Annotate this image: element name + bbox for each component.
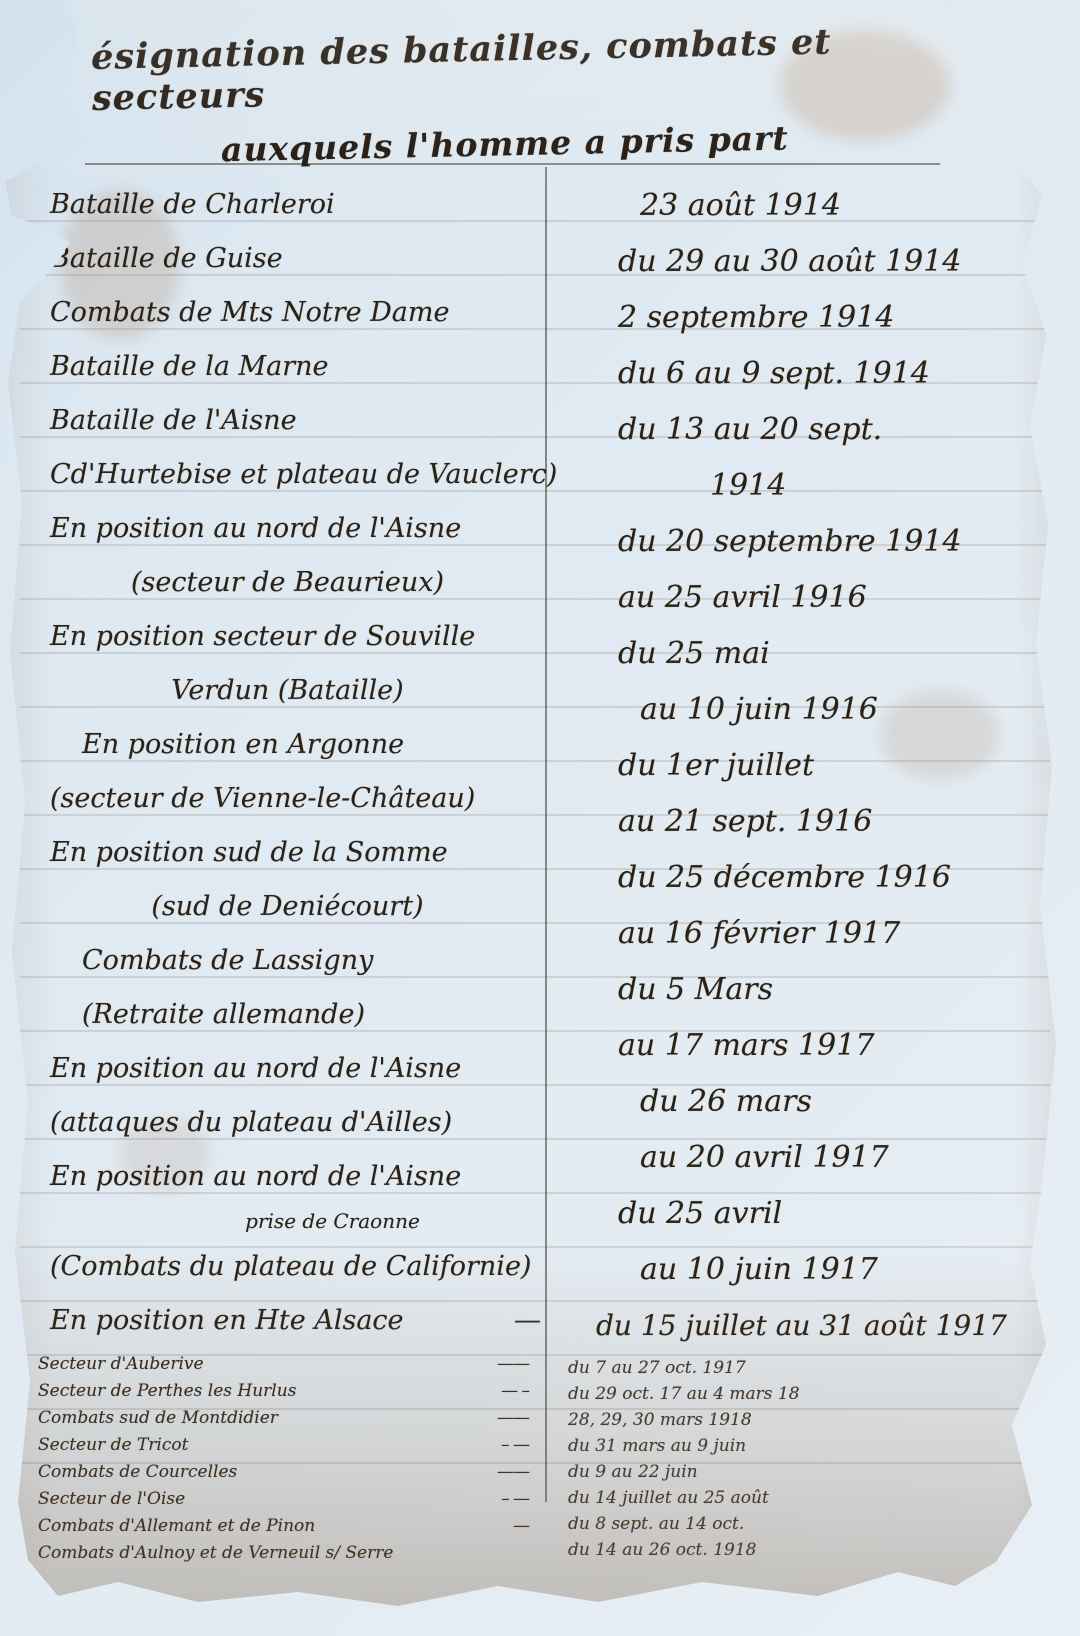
addendum-date-entry: du 8 sept. au 14 oct. <box>556 1512 1036 1538</box>
addendum-sector-text: Combats d'Allemant et de Pinon <box>38 1514 315 1541</box>
addendum-dates-column: du 7 au 27 oct. 1917 du 29 oct. 17 au 4 … <box>556 1356 1036 1564</box>
battle-entry: (secteur de Vienne-le-Château) <box>30 774 545 828</box>
date-entry: du 15 juillet au 31 août 1917 <box>560 1300 1040 1356</box>
date-entry: 23 août 1914 <box>560 180 1040 236</box>
date-entry: 2 septembre 1914 <box>560 292 1040 348</box>
battle-entry: Bataille de l'Aisne <box>30 396 545 450</box>
addendum-date-text: du 29 oct. 17 au 4 mars 18 <box>568 1384 800 1404</box>
addendum-date-entry: du 29 oct. 17 au 4 mars 18 <box>556 1382 1036 1408</box>
addendum-sector-text: Combats d'Aulnoy et de Verneuil s/ Serre <box>38 1541 393 1568</box>
addendum-date-entry: du 9 au 22 juin <box>556 1460 1036 1486</box>
addendum-sector-entry: Combats de Courcelles —— <box>38 1460 543 1487</box>
ditto-dash: —— <box>497 1406 529 1433</box>
date-entry: du 6 au 9 sept. 1914 <box>560 348 1040 404</box>
date-entry: du 20 septembre 1914 <box>560 516 1040 572</box>
battle-entry-text: En position au nord de l'Aisne <box>50 1053 461 1084</box>
battle-entry: (sud de Deniécourt) <box>30 882 545 936</box>
date-entry: du 29 au 30 août 1914 <box>560 236 1040 292</box>
date-entry-text: au 10 juin 1917 <box>640 1252 878 1287</box>
date-entry: du 1er juillet <box>560 740 1040 796</box>
battle-entry-text: Bataille de l'Aisne <box>50 405 297 436</box>
date-entry: au 16 février 1917 <box>560 908 1040 964</box>
battle-entry: prise de Craonne <box>30 1206 545 1242</box>
addendum-date-text: 28, 29, 30 mars 1918 <box>568 1410 752 1430</box>
date-entry-text: 2 septembre 1914 <box>618 300 894 335</box>
battle-entry: Cd'Hurtebise et plateau de Vauclerc) <box>30 450 545 504</box>
date-entry: au 25 avril 1916 <box>560 572 1040 628</box>
date-entry: au 20 avril 1917 <box>560 1132 1040 1188</box>
addendum-date-text: du 14 au 26 oct. 1918 <box>568 1540 756 1560</box>
battle-entry: Combats de Lassigny <box>30 936 545 990</box>
battle-entry-text: (secteur de Beaurieux) <box>131 567 444 598</box>
date-entry-text: du 20 septembre 1914 <box>618 524 962 559</box>
date-entry-text: au 10 juin 1916 <box>640 692 878 727</box>
date-entry-text: du 25 mai <box>618 636 770 671</box>
date-entry-text: du 25 décembre 1916 <box>618 860 951 895</box>
addendum-date-text: du 14 juillet au 25 août <box>568 1488 769 1508</box>
battle-entry: (Combats du plateau de Californie) <box>30 1242 545 1296</box>
addendum-sector-entry: Combats d'Allemant et de Pinon — <box>38 1514 543 1541</box>
date-entry-text: au 17 mars 1917 <box>618 1028 874 1063</box>
date-entry-text: au 20 avril 1917 <box>640 1140 889 1175</box>
date-entry-text: du 29 au 30 août 1914 <box>618 244 961 279</box>
battle-entry-text: En position au nord de l'Aisne <box>50 513 461 544</box>
date-entry-text: 1914 <box>710 468 786 503</box>
date-entry-text: du 13 au 20 sept. <box>618 412 882 447</box>
ditto-dash: – — <box>501 1433 529 1460</box>
battle-entry: (Retraite allemande) <box>30 990 545 1044</box>
date-entry: du 25 décembre 1916 <box>560 852 1040 908</box>
battle-entry-text: En position au nord de l'Aisne <box>50 1161 461 1192</box>
battle-entry: (attaques du plateau d'Ailles) <box>30 1098 545 1152</box>
addendum-sector-entry: Combats sud de Montdidier —— <box>38 1406 543 1433</box>
battle-entry-text: prise de Craonne <box>245 1209 420 1233</box>
addendum-date-entry: du 14 juillet au 25 août <box>556 1486 1036 1512</box>
battle-entry-text: Cd'Hurtebise et plateau de Vauclerc) <box>50 459 557 490</box>
battle-entry-text: Combats de Lassigny <box>82 945 373 976</box>
addendum-sector-entry: Secteur de Perthes les Hurlus — – <box>38 1379 543 1406</box>
date-entry-text: du 26 mars <box>640 1084 812 1119</box>
addendum-date-entry: du 7 au 27 oct. 1917 <box>556 1356 1036 1382</box>
battle-entry: En position sud de la Somme <box>30 828 545 882</box>
addendum-sector-entry: Combats d'Aulnoy et de Verneuil s/ Serre <box>38 1541 543 1568</box>
date-entry: du 26 mars <box>560 1076 1040 1132</box>
addendum-sector-entry: Secteur de Tricot – — <box>38 1433 543 1460</box>
addendum-sector-entry: Secteur de l'Oise – — <box>38 1487 543 1514</box>
battle-entry: Verdun (Bataille) <box>30 666 545 720</box>
battle-entry-text: Verdun (Bataille) <box>171 675 403 706</box>
battle-entry: En position au nord de l'Aisne <box>30 504 545 558</box>
addendum-sectors-column: Secteur d'Auberive —— Secteur de Perthes… <box>38 1352 543 1568</box>
addendum-date-entry: du 14 au 26 oct. 1918 <box>556 1538 1036 1564</box>
battle-entry-text: Bataille de Charleroi <box>50 189 335 220</box>
battle-entry-text: Bataille de Guise <box>50 243 283 274</box>
battle-entry: (secteur de Beaurieux) <box>30 558 545 612</box>
battles-column: Bataille de Charleroi Bataille de Guise … <box>30 180 545 1350</box>
addendum-sector-text: Combats sud de Montdidier <box>38 1406 278 1433</box>
date-entry-text: du 15 juillet au 31 août 1917 <box>596 1309 1007 1342</box>
battle-entry: En position secteur de Souville <box>30 612 545 666</box>
battle-entry-text: En position en Argonne <box>82 729 404 760</box>
date-entry-text: du 6 au 9 sept. 1914 <box>618 356 930 391</box>
addendum-sector-text: Combats de Courcelles <box>38 1460 237 1487</box>
ditto-dash: — – <box>501 1379 529 1406</box>
addendum-date-text: du 31 mars au 9 juin <box>568 1436 746 1456</box>
battle-entry: Combats de Mts Notre Dame <box>30 288 545 342</box>
date-entry: au 10 juin 1917 <box>560 1244 1040 1300</box>
battle-entry: Bataille de la Marne <box>30 342 545 396</box>
addendum-sector-entry: Secteur d'Auberive —— <box>38 1352 543 1379</box>
dates-column: 23 août 1914 du 29 au 30 août 1914 2 sep… <box>560 180 1040 1356</box>
addendum-date-text: du 7 au 27 oct. 1917 <box>568 1358 746 1378</box>
date-entry-text: du 5 Mars <box>618 972 773 1007</box>
battle-entry-text: En position secteur de Souville <box>50 621 475 652</box>
date-entry: du 25 mai <box>560 628 1040 684</box>
date-entry-text: au 16 février 1917 <box>618 916 900 951</box>
battle-entry: Bataille de Charleroi <box>30 180 545 234</box>
date-entry-text: du 1er juillet <box>618 748 814 783</box>
date-entry: du 13 au 20 sept. <box>560 404 1040 460</box>
battle-entry-text: Bataille de la Marne <box>50 351 329 382</box>
battle-entry: — En position en Hte Alsace <box>30 1296 545 1350</box>
date-entry-text: au 21 sept. 1916 <box>618 804 872 839</box>
battle-entry-text: En position sud de la Somme <box>50 837 448 868</box>
document-page: ésignation des batailles, combats et sec… <box>0 0 1080 1636</box>
battle-entry: En position en Argonne <box>30 720 545 774</box>
addendum-sector-text: Secteur de Perthes les Hurlus <box>38 1379 296 1406</box>
date-entry: du 5 Mars <box>560 964 1040 1020</box>
addendum-date-entry: 28, 29, 30 mars 1918 <box>556 1408 1036 1434</box>
battle-entry: En position au nord de l'Aisne <box>30 1152 545 1206</box>
date-entry: au 21 sept. 1916 <box>560 796 1040 852</box>
ditto-dash: — <box>514 1296 539 1346</box>
addendum-sector-text: Secteur de Tricot <box>38 1433 188 1460</box>
photo-background: ésignation des batailles, combats et sec… <box>0 0 1080 1636</box>
battle-entry: Bataille de Guise <box>30 234 545 288</box>
addendum-date-text: du 8 sept. au 14 oct. <box>568 1514 744 1534</box>
date-entry-text: du 25 avril <box>618 1196 782 1231</box>
date-entry: du 25 avril <box>560 1188 1040 1244</box>
addendum-sector-text: Secteur d'Auberive <box>38 1352 204 1379</box>
ditto-dash: – — <box>501 1487 529 1514</box>
battle-entry-text: (attaques du plateau d'Ailles) <box>50 1107 452 1138</box>
battle-entry-text: (Retraite allemande) <box>82 999 365 1030</box>
addendum-date-text: du 9 au 22 juin <box>568 1462 698 1482</box>
date-entry-text: au 25 avril 1916 <box>618 580 867 615</box>
date-entry: au 17 mars 1917 <box>560 1020 1040 1076</box>
battle-entry-text: En position en Hte Alsace <box>50 1305 404 1336</box>
column-divider <box>545 167 547 1502</box>
battle-entry: En position au nord de l'Aisne <box>30 1044 545 1098</box>
battle-entry-text: (sud de Deniécourt) <box>151 891 423 922</box>
date-entry-text: 23 août 1914 <box>640 188 841 223</box>
ditto-dash: — <box>513 1514 529 1541</box>
battle-entry-text: (secteur de Vienne-le-Château) <box>50 783 475 814</box>
battle-entry-text: Combats de Mts Notre Dame <box>50 297 450 328</box>
ditto-dash: —— <box>497 1460 529 1487</box>
addendum-sector-text: Secteur de l'Oise <box>38 1487 185 1514</box>
ditto-dash: —— <box>497 1352 529 1379</box>
title-line-1: ésignation des batailles, combats et sec… <box>69 19 971 120</box>
date-entry: au 10 juin 1916 <box>560 684 1040 740</box>
addendum-date-entry: du 31 mars au 9 juin <box>556 1434 1036 1460</box>
battle-entry-text: (Combats du plateau de Californie) <box>50 1251 531 1282</box>
document-title: ésignation des batailles, combats et sec… <box>69 19 972 173</box>
date-entry: 1914 <box>560 460 1040 516</box>
